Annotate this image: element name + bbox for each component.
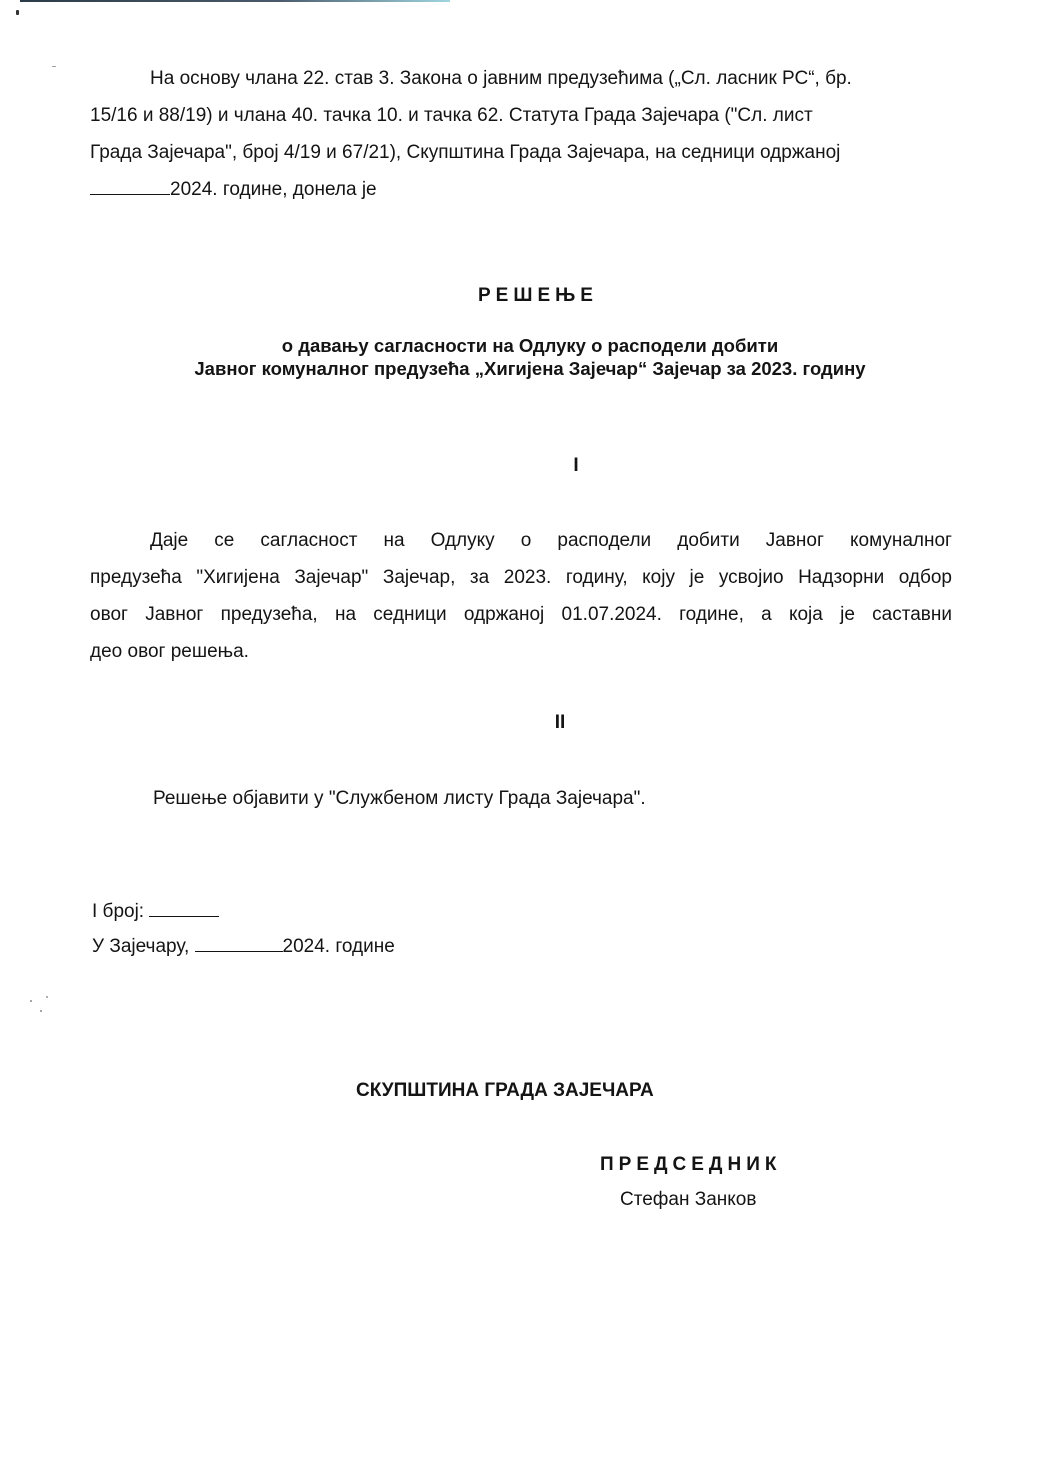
preamble-line-2: 15/16 и 88/19) и члана 40. тачка 10. и т… bbox=[90, 97, 952, 134]
section-1-numeral: I bbox=[0, 455, 1060, 477]
session-date-blank bbox=[90, 178, 170, 195]
section-2-text: Решење објавити у "Службеном листу Града… bbox=[153, 788, 646, 810]
preamble-line-4: 2024. године, донела је bbox=[90, 171, 952, 208]
scan-speck bbox=[30, 1000, 32, 1002]
preamble-line-1: На основу члана 22. став 3. Закона о јав… bbox=[90, 60, 952, 97]
scan-edge-artifact bbox=[20, 0, 450, 2]
subtitle-line-2: Јавног комуналног предузећа „Хигијена За… bbox=[0, 357, 1060, 380]
signature-name: Стефан Занков bbox=[620, 1189, 756, 1211]
section-1-paragraph: Даје се сагласност на Одлуку о расподели… bbox=[90, 522, 952, 670]
scan-speck bbox=[46, 996, 48, 998]
scan-speck bbox=[16, 10, 19, 15]
document-subtitle: о давању сагласности на Одлуку о расподе… bbox=[0, 334, 1060, 380]
section-1-line-2: предузећа "Хигијена Зајечар" Зајечар, за… bbox=[90, 559, 952, 596]
preamble-paragraph: На основу члана 22. став 3. Закона о јав… bbox=[90, 60, 952, 208]
reference-date-blank bbox=[195, 935, 283, 952]
section-1-line-4: део овог решења. bbox=[90, 633, 952, 670]
section-1-line-3: овог Јавног предузећа, на седници одржан… bbox=[90, 596, 952, 633]
section-2-numeral: II bbox=[0, 712, 1060, 734]
scan-speck bbox=[52, 66, 56, 67]
reference-place-date: У Зајечару, 2024. године bbox=[92, 935, 395, 958]
preamble-line-3: Града Зајечара", број 4/19 и 67/21), Ску… bbox=[90, 134, 952, 171]
reference-number: I број: bbox=[92, 900, 219, 923]
signature-body: СКУПШТИНА ГРАДА ЗАЈЕЧАРА bbox=[356, 1080, 654, 1102]
reference-number-blank bbox=[149, 900, 219, 917]
document-title: РЕШЕЊЕ bbox=[0, 285, 1060, 307]
subtitle-line-1: о давању сагласности на Одлуку о расподе… bbox=[0, 334, 1060, 357]
scan-speck bbox=[40, 1010, 42, 1012]
section-1-line-1: Даје се сагласност на Одлуку о расподели… bbox=[90, 522, 952, 559]
signature-role: ПРЕДСЕДНИК bbox=[600, 1154, 781, 1176]
